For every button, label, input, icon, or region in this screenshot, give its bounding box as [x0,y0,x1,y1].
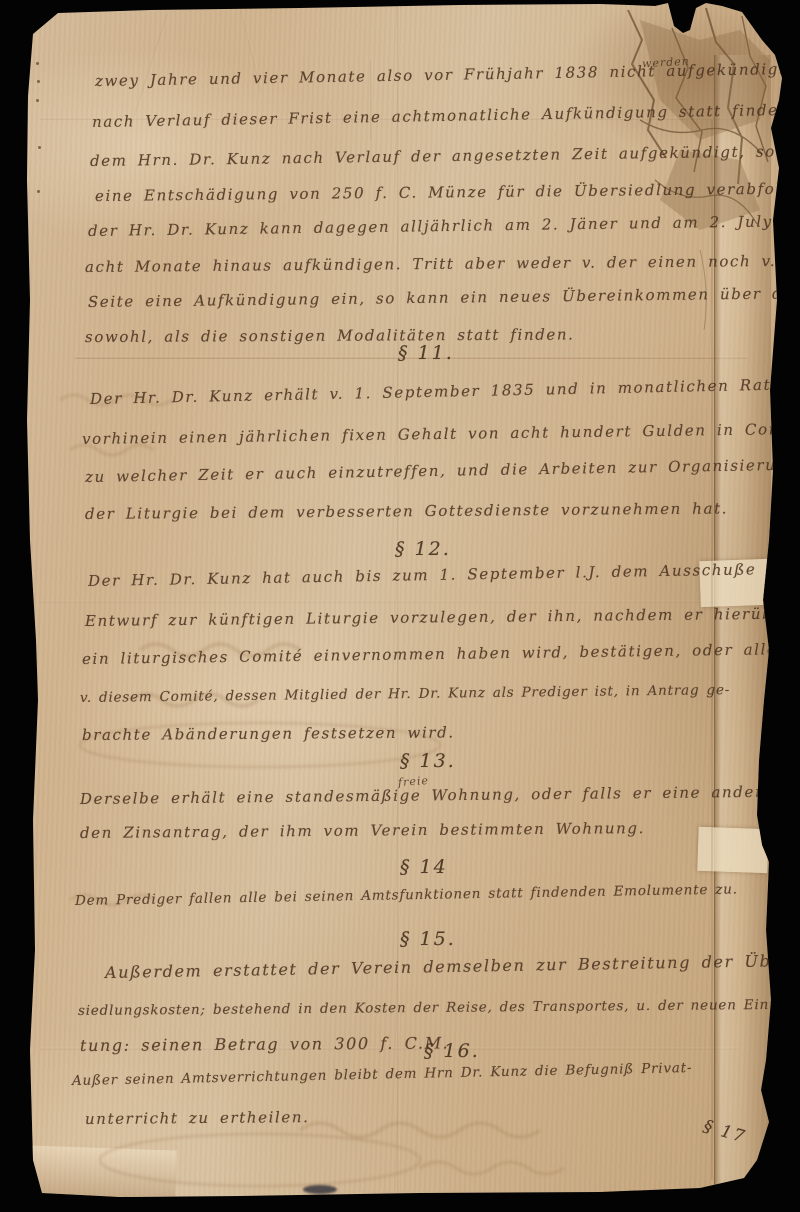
bottom-left-fold [25,1145,177,1198]
manuscript-line: zu welcher Zeit er auch einzutreffen, un… [85,456,799,486]
scanned-document-photo: werden zwey Jahre und vier Monate also v… [0,0,800,1212]
section-heading-16: § 16. [424,1040,480,1062]
manuscript-line: Der Hr. Dr. Kunz hat auch bis zum 1. Sep… [88,559,800,590]
manuscript-line: unterricht zu ertheilen. [85,1108,310,1128]
sewing-hole [38,146,41,149]
manuscript-line: Der Hr. Dr. Kunz erhält v. 1. September … [90,375,793,408]
section-heading-15: § 15. [400,928,456,950]
ink-smudge [303,1185,337,1194]
manuscript-line: Entwurf zur künftigen Liturgie vorzulege… [85,605,793,630]
manuscript-line: Dem Prediger fallen alle bei seinen Amts… [75,881,738,909]
manuscript-line: der Liturgie bei dem verbesserten Gottes… [85,499,728,523]
sewing-hole [37,190,40,193]
manuscript-line: tung: seinen Betrag von 300 f. C.M. [80,1033,449,1055]
manuscript-line: nach Verlauf dieser Frist eine achtmonat… [92,100,800,131]
repair-tape-lower [697,827,768,873]
manuscript-line: Seite eine Aufkündigung ein, so kann ein… [88,284,800,311]
manuscript-line: dem Hrn. Dr. Kunz nach Verlauf der anges… [90,141,800,170]
manuscript-line: den Zinsantrag, der ihm vom Verein besti… [80,819,645,842]
sewing-hole [36,99,39,102]
manuscript-line: Außer seinen Amtsverrichtungen bleibt de… [72,1060,693,1089]
manuscript-line: siedlungskosten; bestehend in den Kosten… [78,997,800,1019]
manuscript-line: Außerdem erstattet der Verein demselben … [105,951,799,982]
manuscript-line: brachte Abänderungen festsetzen wird. [82,723,455,744]
manuscript-line: v. diesem Comité, dessen Mitglied der Hr… [80,682,730,706]
horizontal-crease-lower [40,600,750,603]
corner-crease-left [133,12,170,118]
manuscript-line: vorhinein einen jährlichen fixen Gehalt … [82,419,800,448]
center-fold-crease [397,0,400,1212]
manuscript-line: Derselbe erhält eine standesmäßige Wohnu… [80,782,800,808]
manuscript-line: acht Monate hinaus aufkündigen. Tritt ab… [85,251,800,276]
manuscript-line: der Hr. Dr. Kunz kann dagegen alljährlic… [88,212,800,240]
section-heading-12: § 12. [395,538,451,560]
section-heading-11: § 11. [398,342,454,364]
sewing-hole [37,80,40,83]
manuscript-line: zwey Jahre und vier Monate also vor Früh… [95,58,800,90]
manuscript-line: eine Entschädigung von 250 f. C. Münze f… [95,179,800,205]
sewing-hole [36,62,39,65]
manuscript-line: sowohl, als die sonstigen Modalitäten st… [85,325,575,346]
paper-sheet: werden zwey Jahre und vier Monate also v… [0,0,800,1212]
section-heading-13: § 13. [400,750,456,772]
section-heading-14: § 14 [400,856,448,878]
manuscript-line: ein liturgisches Comité einvernommen hab… [82,639,800,668]
